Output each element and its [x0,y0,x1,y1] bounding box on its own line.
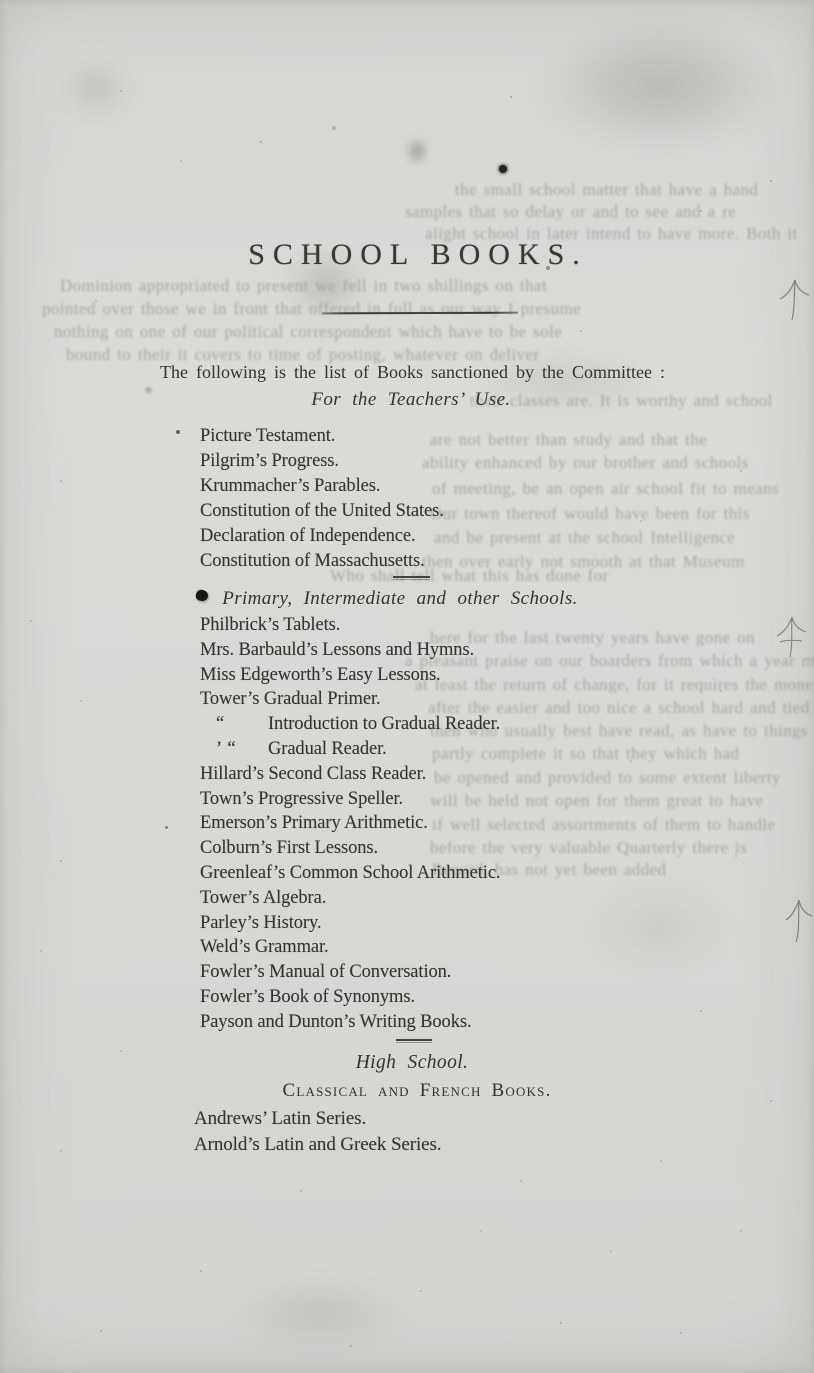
teachers-book-list: Picture Testament.Pilgrim’s Progress.Kru… [200,424,444,573]
book-item-label: Gradual Reader. [268,739,387,759]
high-school-heading: High School. [5,1052,814,1074]
book-item: Constitution of Massachusetts. [200,549,444,574]
section-divider-rule [396,1039,432,1043]
book-item: ’ “Gradual Reader. [200,737,500,762]
teachers-section-heading: For the Teachers’ Use. [4,389,814,411]
book-item: Town’s Progressive Speller. [200,787,500,812]
book-item: Payson and Dunton’s Writing Books. [200,1010,500,1035]
book-item: Fowler’s Book of Synonyms. [200,985,500,1010]
section-divider-rule [393,576,430,580]
ink-speck [145,387,152,393]
book-item: Hillard’s Second Class Reader. [200,762,500,787]
book-item: Krummacher’s Parables. [200,474,444,499]
primary-book-list: Philbrick’s Tablets.Mrs. Barbauld’s Less… [200,613,500,1035]
classical-french-subheading: Classical and French Books. [10,1080,814,1102]
book-item: Arnold’s Latin and Greek Series. [194,1132,441,1158]
ditto-mark: ’ “ [200,737,268,762]
book-item: Andrews’ Latin Series. [194,1106,441,1132]
book-item: Parley’s History. [200,911,500,936]
book-item: “Introduction to Gradual Reader. [200,712,500,737]
page-crease-mark [774,614,808,660]
high-school-book-list: Andrews’ Latin Series.Arnold’s Latin and… [194,1106,441,1158]
book-item: Greenleaf’s Common School Arithmetic. [200,861,500,886]
book-item: Tower’s Gradual Primer. [200,687,500,712]
book-item: Tower’s Algebra. [200,886,500,911]
ditto-mark: “ [200,712,268,737]
book-item: Weld’s Grammar. [200,935,500,960]
scanned-book-page: the small school matter that have a hand… [0,0,814,1373]
ink-speck [176,430,180,434]
page-crease-mark [784,896,814,944]
book-item: Mrs. Barbauld’s Lessons and Hymns. [200,638,500,663]
book-item: Emerson’s Primary Arithmetic. [200,811,500,836]
book-item: Declaration of Independence. [200,524,444,549]
book-item-label: Introduction to Gradual Reader. [268,714,500,734]
page-title: SCHOOL BOOKS. [11,238,814,272]
ink-speck-dot [499,165,507,173]
intro-text: The following is the list of Books sanct… [160,362,665,383]
book-item: Pilgrim’s Progress. [200,449,444,474]
page-content: SCHOOL BOOKS. The following is the list … [0,0,814,1373]
book-item: Constitution of the United States. [200,499,444,524]
ink-speck [165,826,168,829]
primary-section-heading: Primary, Intermediate and other Schools. [0,588,807,610]
page-crease-mark [778,276,812,322]
book-item: Miss Edgeworth’s Easy Lessons. [200,663,500,688]
book-item: Philbrick’s Tablets. [200,613,500,638]
book-item: Picture Testament. [200,424,444,449]
book-item: Colburn’s First Lessons. [200,836,500,861]
title-divider-rule [322,312,518,315]
book-item: Fowler’s Manual of Conversation. [200,960,500,985]
